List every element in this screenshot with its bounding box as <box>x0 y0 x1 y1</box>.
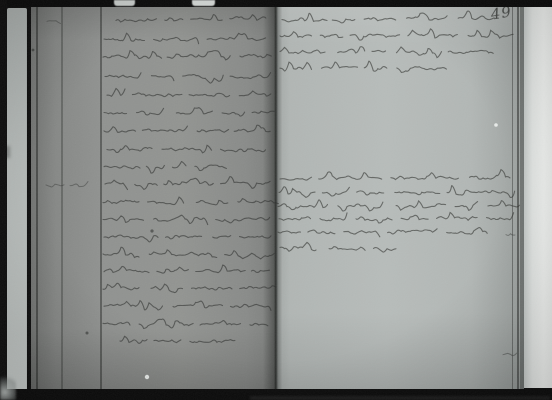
right-page-margin-rule-2 <box>517 6 519 389</box>
photo-left-edge <box>0 0 7 400</box>
left-page <box>31 7 276 389</box>
left-page-shading <box>31 7 276 389</box>
right-page <box>276 6 524 389</box>
register-book-photo: 49 <box>0 0 552 400</box>
top-edge-notch <box>114 0 135 6</box>
left-page-column-rule-1 <box>36 7 38 389</box>
fore-edge-strip <box>524 4 552 388</box>
left-pages-edge-strip <box>7 8 27 392</box>
bottom-edge-glow <box>250 396 550 400</box>
corner-light-leak <box>0 374 16 400</box>
top-edge-notch <box>192 0 215 6</box>
right-page-shading <box>276 6 524 389</box>
book-gutter-fold <box>263 7 289 389</box>
right-page-margin-rule-1 <box>512 6 513 389</box>
left-page-column-rule-2 <box>61 7 63 389</box>
photo-top-edge <box>0 0 552 7</box>
left-page-column-rule-3 <box>100 7 102 389</box>
